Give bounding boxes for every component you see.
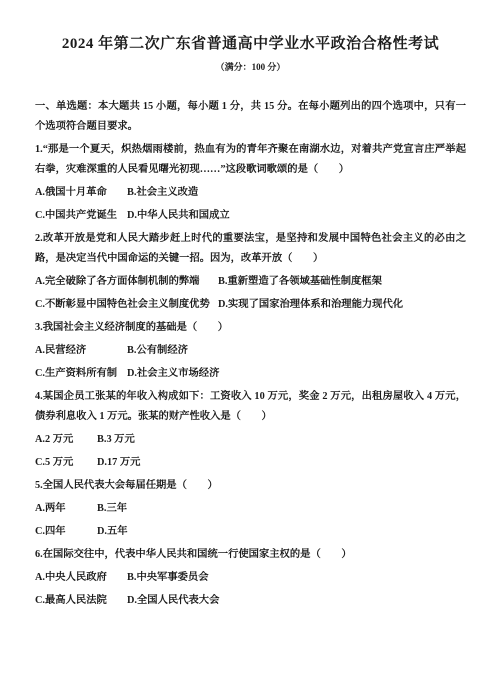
- section-heading: 一、单选题：本大题共 15 小题，每小题 1 分，共 15 分。在每小题列出的四…: [35, 97, 466, 137]
- question-4-option-c: C.5 万元: [35, 453, 97, 473]
- question-2-option-a: A.完全破除了各方面体制机制的弊端: [35, 272, 218, 292]
- question-5-options-cd: C.四年 D.五年: [35, 522, 466, 542]
- page-title: 2024 年第二次广东省普通高中学业水平政治合格性考试: [35, 33, 466, 55]
- question-5-option-a: A.两年: [35, 499, 97, 519]
- question-3: 3.我国社会主义经济制度的基础是（ ） A.民营经济 B.公有制经济 C.生产资…: [35, 318, 466, 384]
- question-3-text: 3.我国社会主义经济制度的基础是（ ）: [35, 318, 466, 338]
- exam-paper-page: 2024 年第二次广东省普通高中学业水平政治合格性考试 （满分：100 分） 一…: [0, 0, 500, 678]
- question-1-option-d: D.中华人民共和国成立: [127, 206, 230, 226]
- question-1-options-ab: A.俄国十月革命 B.社会主义改造: [35, 183, 466, 203]
- question-2-options-ab: A.完全破除了各方面体制机制的弊端 B.重新塑造了各领域基础性制度框架: [35, 272, 466, 292]
- question-3-option-a: A.民营经济: [35, 341, 127, 361]
- question-5-text: 5.全国人民代表大会每届任期是（ ）: [35, 476, 466, 496]
- question-2-options-cd: C.不断彰显中国特色社会主义制度优势 D.实现了国家治理体系和治理能力现代化: [35, 295, 466, 315]
- question-6-options-ab: A.中央人民政府 B.中央军事委员会: [35, 568, 466, 588]
- question-1-options-cd: C.中国共产党诞生 D.中华人民共和国成立: [35, 206, 466, 226]
- question-4-options-ab: A.2 万元 B.3 万元: [35, 430, 466, 450]
- question-1-option-c: C.中国共产党诞生: [35, 206, 127, 226]
- question-3-option-c: C.生产资料所有制: [35, 364, 127, 384]
- question-1-option-b: B.社会主义改造: [127, 183, 198, 203]
- question-5-option-d: D.五年: [97, 522, 128, 542]
- question-4: 4.某国企员工张某的年收入构成如下：工资收入 10 万元，奖金 2 万元，出租房…: [35, 387, 466, 473]
- question-1: 1.“那是一个夏天，炽热烟雨楼前，热血有为的青年齐聚在南湖水边，对着共产党宣言庄…: [35, 140, 466, 226]
- question-2-option-d: D.实现了国家治理体系和治理能力现代化: [218, 295, 403, 315]
- question-6-options-cd: C.最高人民法院 D.全国人民代表大会: [35, 591, 466, 611]
- question-6-option-a: A.中央人民政府: [35, 568, 127, 588]
- question-4-options-cd: C.5 万元 D.17 万元: [35, 453, 466, 473]
- question-4-option-d: D.17 万元: [97, 453, 140, 473]
- question-4-option-b: B.3 万元: [97, 430, 135, 450]
- question-4-option-a: A.2 万元: [35, 430, 97, 450]
- question-6-text: 6.在国际交往中，代表中华人民共和国统一行使国家主权的是（ ）: [35, 545, 466, 565]
- question-1-text: 1.“那是一个夏天，炽热烟雨楼前，热血有为的青年齐聚在南湖水边，对着共产党宣言庄…: [35, 140, 466, 180]
- question-5-options-ab: A.两年 B.三年: [35, 499, 466, 519]
- question-6-option-c: C.最高人民法院: [35, 591, 127, 611]
- question-5-option-c: C.四年: [35, 522, 97, 542]
- question-3-options-cd: C.生产资料所有制 D.社会主义市场经济: [35, 364, 466, 384]
- question-5: 5.全国人民代表大会每届任期是（ ） A.两年 B.三年 C.四年 D.五年: [35, 476, 466, 542]
- question-3-options-ab: A.民营经济 B.公有制经济: [35, 341, 466, 361]
- question-3-option-d: D.社会主义市场经济: [127, 364, 219, 384]
- question-6: 6.在国际交往中，代表中华人民共和国统一行使国家主权的是（ ） A.中央人民政府…: [35, 545, 466, 611]
- question-6-option-b: B.中央军事委员会: [127, 568, 209, 588]
- question-2-text: 2.改革开放是党和人民大踏步赶上时代的重要法宝，是坚持和发展中国特色社会主义的必…: [35, 229, 466, 269]
- question-3-option-b: B.公有制经济: [127, 341, 188, 361]
- question-4-text: 4.某国企员工张某的年收入构成如下：工资收入 10 万元，奖金 2 万元，出租房…: [35, 387, 466, 427]
- question-1-option-a: A.俄国十月革命: [35, 183, 127, 203]
- question-2-option-c: C.不断彰显中国特色社会主义制度优势: [35, 295, 218, 315]
- score-note: （满分：100 分）: [35, 61, 466, 73]
- question-2-option-b: B.重新塑造了各领域基础性制度框架: [218, 272, 382, 292]
- question-6-option-d: D.全国人民代表大会: [127, 591, 219, 611]
- question-5-option-b: B.三年: [97, 499, 127, 519]
- question-2: 2.改革开放是党和人民大踏步赶上时代的重要法宝，是坚持和发展中国特色社会主义的必…: [35, 229, 466, 315]
